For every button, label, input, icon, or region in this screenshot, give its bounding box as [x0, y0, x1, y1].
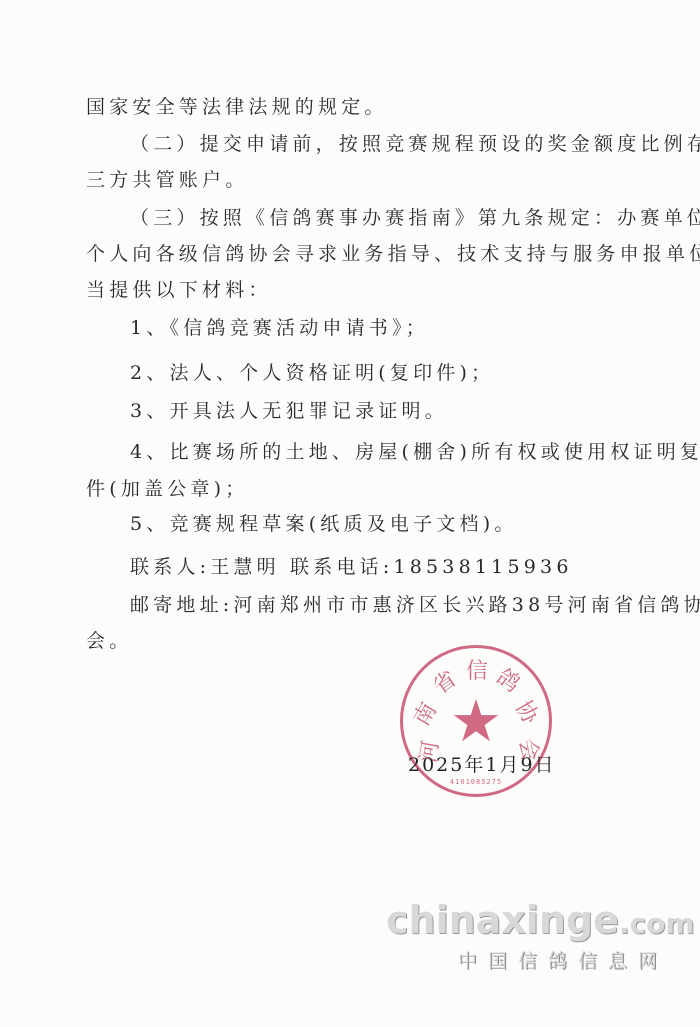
text-line: 1、《信鸽竞赛活动申请书》；: [130, 316, 429, 340]
seal-char: 协: [509, 694, 547, 729]
issue-date: 2025年1月9日: [408, 750, 556, 777]
text-line: 件(加盖公章)；: [86, 477, 248, 501]
seal-number: 4101085275: [450, 778, 502, 786]
text-line: 国家安全等法律法规的规定。: [86, 95, 388, 119]
text-line: 5、竞赛规程草案(纸质及电子文档)。: [130, 512, 518, 536]
star-icon: ★: [450, 692, 502, 750]
seal-char: 信: [466, 654, 488, 685]
watermark-logo: chinaxinge.com: [386, 898, 695, 942]
text-line: 2、法人、个人资格证明(复印件)；: [130, 361, 494, 385]
watermark-tld: .com: [619, 907, 695, 940]
text-line: （二）提交申请前，按照竞赛规程预设的奖金额度比例存入: [130, 132, 700, 156]
seal-char: 南: [405, 696, 443, 731]
text-line: 联系人:王慧明 联系电话:18538115936: [130, 555, 573, 579]
text-line: 会。: [86, 629, 132, 653]
text-line: 4、比赛场所的土地、房屋(棚舍)所有权或使用权证明复印: [130, 440, 700, 464]
watermark-site-name: 中国信鸽信息网: [458, 946, 668, 973]
text-line: 三方共管账户。: [86, 168, 248, 192]
text-line: 个人向各级信鸽协会寻求业务指导、技术支持与服务申报单位应: [86, 242, 700, 266]
text-line: （三）按照《信鸽赛事办赛指南》第九条规定：办赛单位、: [130, 206, 700, 230]
text-line: 邮寄地址:河南郑州市市惠济区长兴路38号河南省信鸽协: [130, 593, 700, 617]
text-line: 3、开具法人无犯罪记录证明。: [130, 399, 448, 423]
watermark-domain: chinaxinge: [386, 898, 619, 942]
text-line: 当提供以下材料：: [86, 278, 272, 302]
